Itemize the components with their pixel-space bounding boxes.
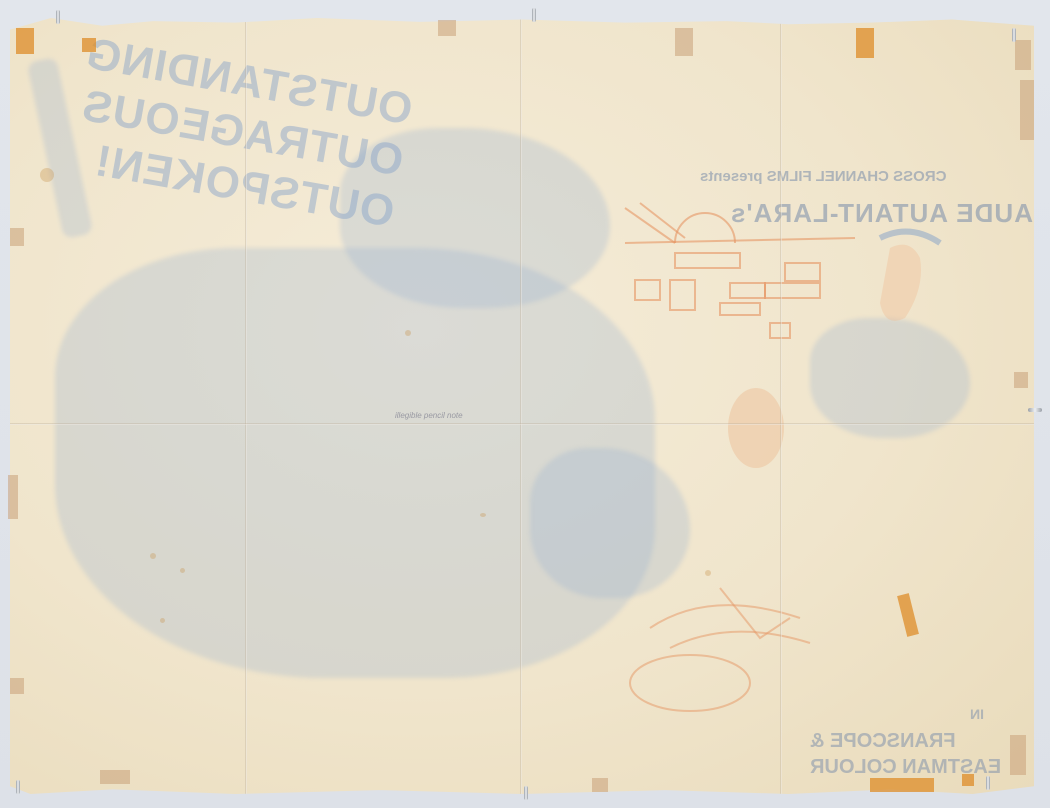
stain	[160, 618, 165, 623]
pin	[16, 780, 20, 794]
mirrored-tagline: OUTSTANDING OUTRAGEOUS OUTSPOKEN!	[94, 33, 417, 239]
pin	[1012, 28, 1016, 42]
poster-sheet: OUTSTANDING OUTRAGEOUS OUTSPOKEN! CROSS …	[10, 18, 1034, 794]
pin	[532, 8, 536, 22]
tape-left-edge	[10, 228, 24, 246]
tape-top-2	[438, 20, 456, 36]
pin	[986, 776, 990, 790]
tape-right-edge-2	[1020, 80, 1034, 140]
tape-top-left-2	[82, 38, 96, 52]
tape-bottom-right-2	[962, 774, 974, 786]
mirrored-distributor: CROSS CHANNEL FILMS presents	[700, 168, 946, 185]
sketch-face-right	[860, 228, 950, 338]
tape-left-edge-3	[10, 678, 24, 694]
stain	[180, 568, 185, 573]
tape-right-edge	[1015, 40, 1031, 70]
fold-line-vertical-3	[780, 18, 782, 794]
mirrored-format-in: IN	[970, 706, 984, 722]
stain	[40, 168, 54, 182]
pin	[524, 786, 528, 800]
tape-top-left	[16, 28, 34, 54]
stain	[705, 570, 711, 576]
stain	[150, 553, 156, 559]
fold-line-vertical-1	[245, 18, 247, 794]
stain	[405, 330, 411, 336]
tape-bottom-center	[592, 778, 608, 792]
tape-left-edge-2	[8, 475, 18, 519]
tape-bottom-left	[100, 770, 130, 784]
tape-top-right	[856, 28, 874, 58]
tape-right-lower	[1014, 372, 1028, 388]
tape-top	[675, 28, 693, 56]
sketch-figure-lower	[610, 558, 850, 738]
bleed-circle-face	[728, 388, 784, 468]
fold-line-horizontal	[10, 423, 1034, 425]
sketch-rooftops	[615, 198, 865, 358]
stain	[480, 513, 486, 517]
bleed-left-stripe	[27, 57, 94, 239]
fold-line-vertical-2	[520, 18, 522, 794]
tape-right-bottom	[1010, 735, 1026, 775]
pin	[56, 10, 60, 24]
pin	[1028, 408, 1042, 412]
handwritten-note: illegible pencil note	[395, 411, 463, 420]
tape-bottom-right	[870, 778, 934, 792]
